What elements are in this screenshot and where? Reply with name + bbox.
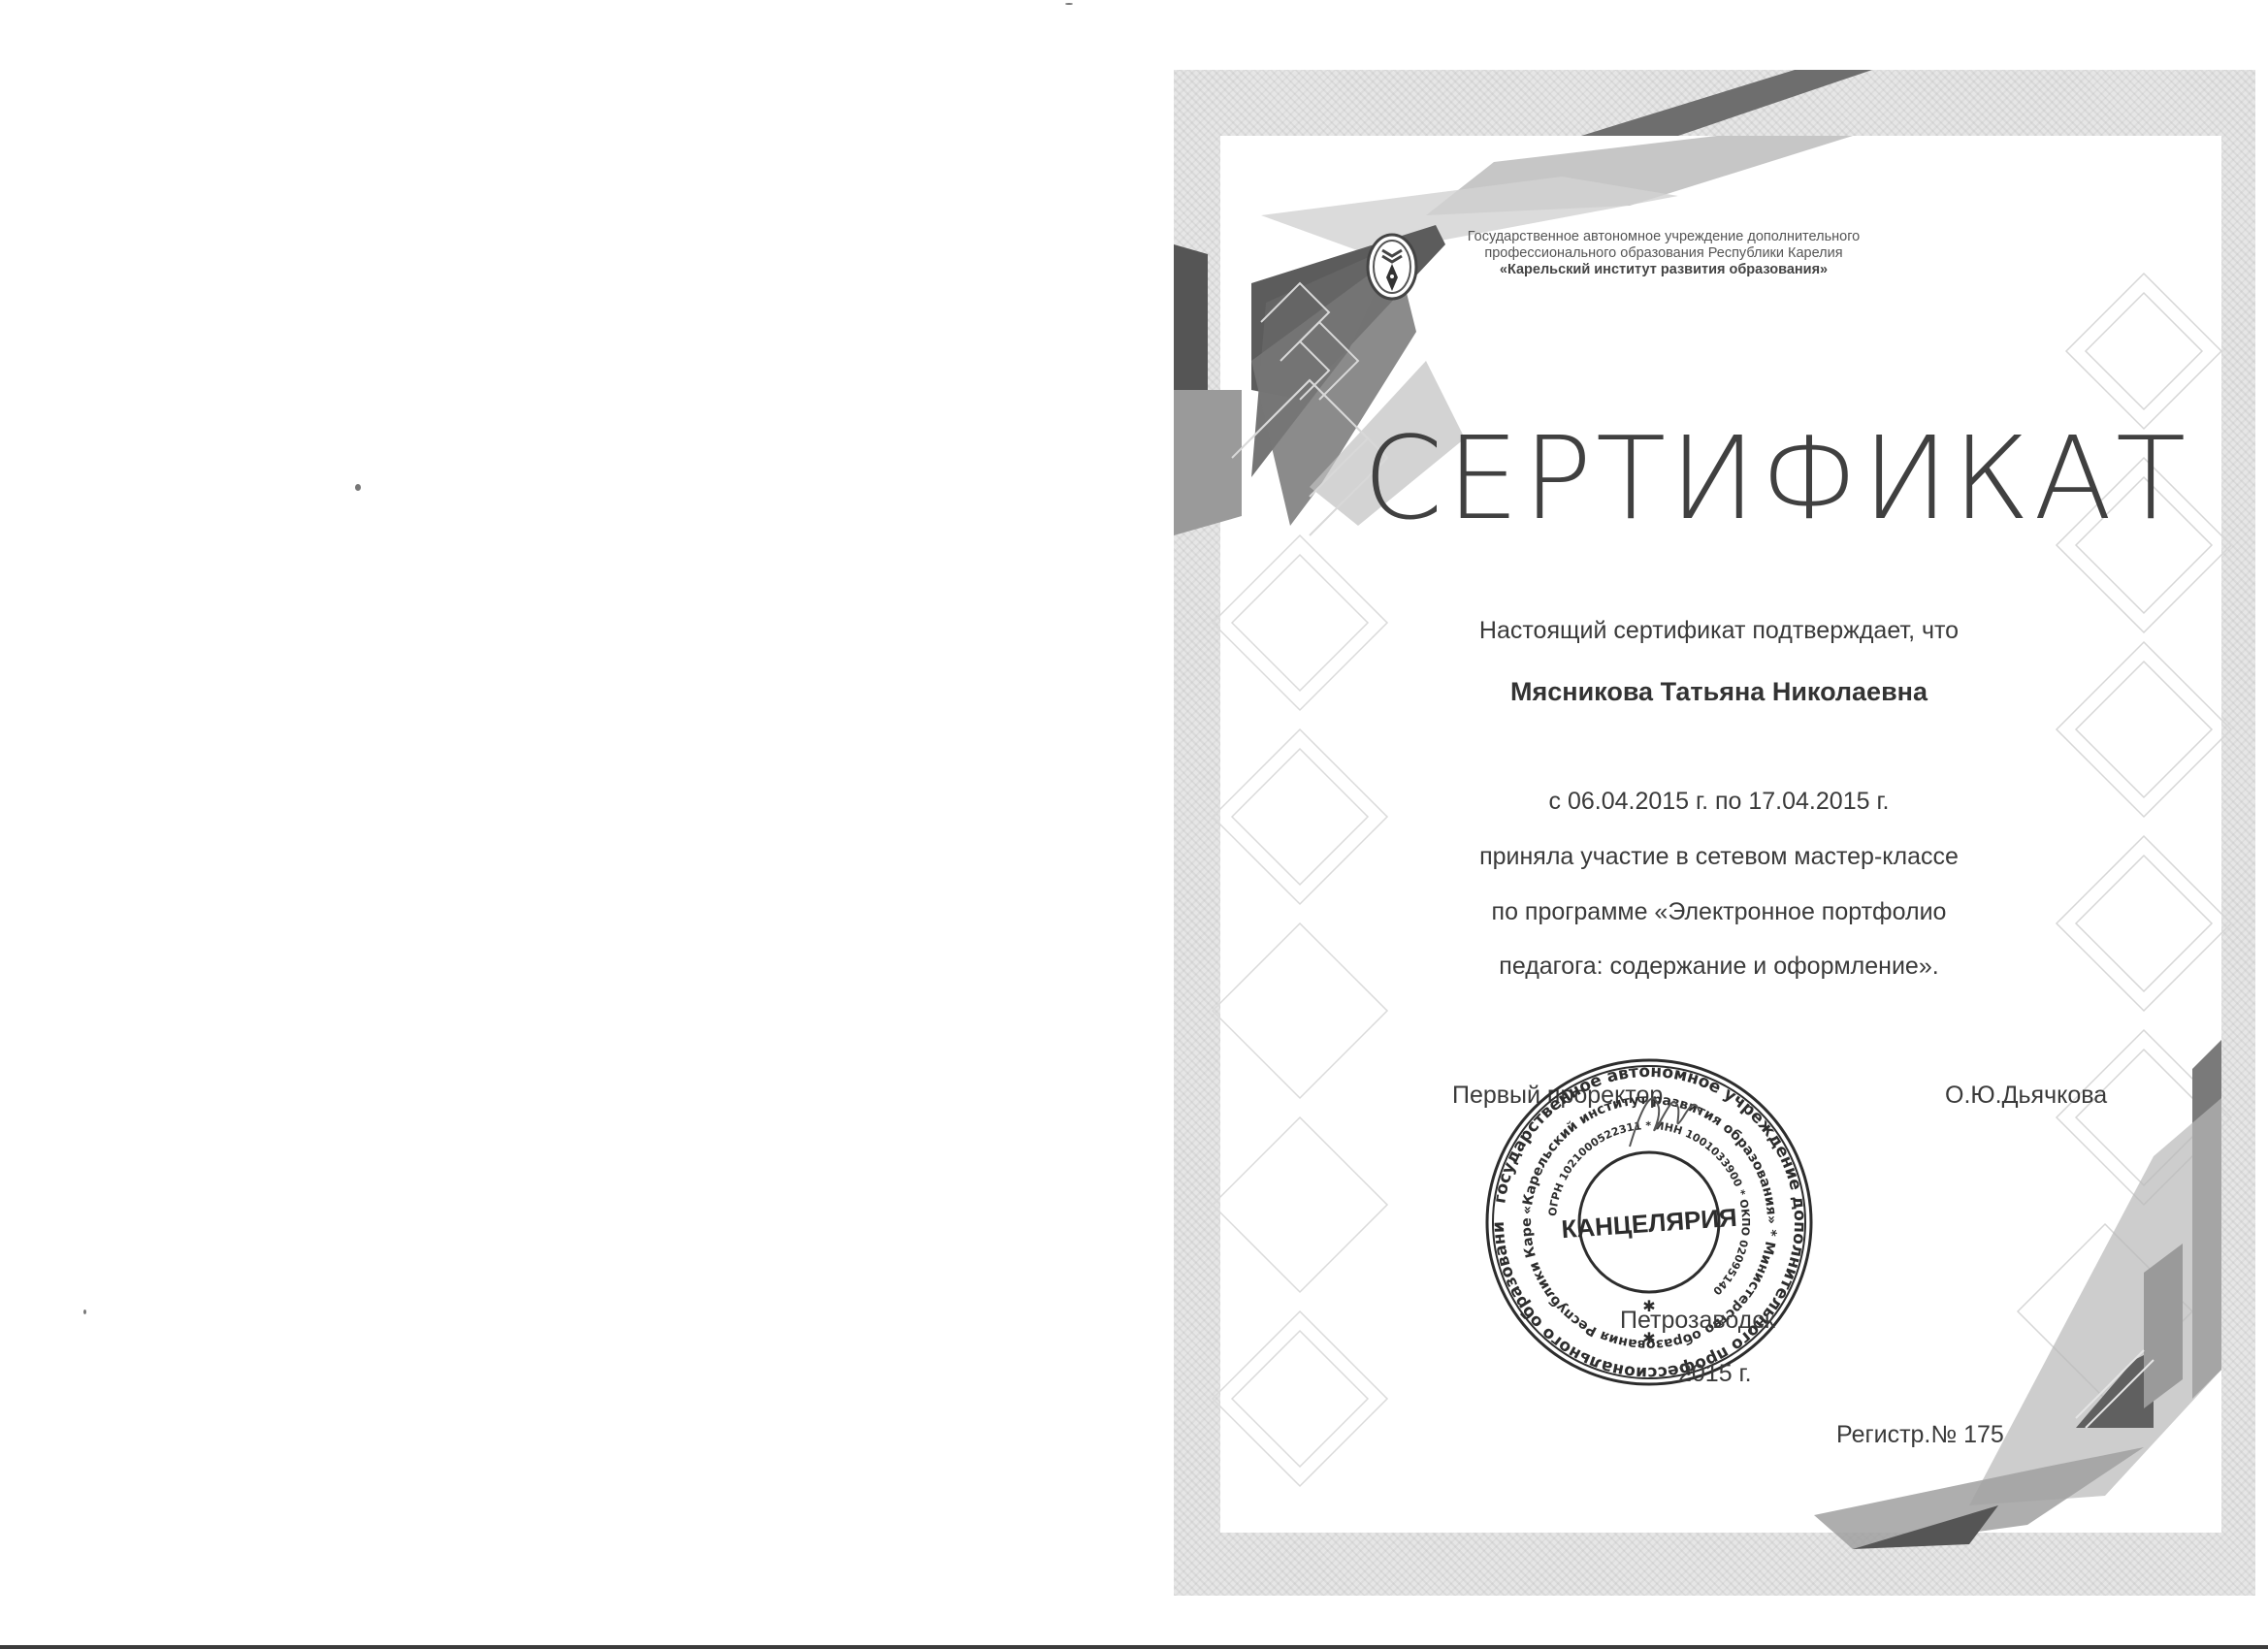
certificate-title: СЕРТИФИКАТ — [1363, 421, 2100, 535]
certificate-page: Государственное автономное учреждение до… — [1174, 70, 2255, 1596]
institution-line-2: профессионального образования Республики… — [1392, 245, 1935, 262]
period-text: с 06.04.2015 г. по 17.04.2015 г. — [1339, 788, 2099, 816]
institution-line-1: Государственное автономное учреждение до… — [1392, 229, 1935, 245]
scan-speck — [355, 484, 361, 491]
registration-number: Регистр.№ 175 — [1836, 1421, 2004, 1449]
confirm-text: Настоящий сертификат подтверждает, что — [1339, 617, 2099, 645]
recipient-name: Мясникова Татьяна Николаевна — [1339, 677, 2099, 707]
institution-header: Государственное автономное учреждение до… — [1392, 229, 1935, 278]
body-line-1: приняла участие в сетевом мастер-классе — [1339, 843, 2099, 871]
scan-edge-bar — [0, 1645, 2268, 1649]
year-text: 2015 г. — [1678, 1360, 1752, 1388]
body-line-3: педагога: содержание и оформление». — [1339, 953, 2099, 981]
city-text: Петрозаводск — [1620, 1307, 1775, 1335]
body-line-2: по программе «Электронное портфолио — [1339, 898, 2099, 926]
handwritten-signature — [1620, 1079, 1707, 1156]
stamp-center-text: КАНЦЕЛЯРИЯ — [1561, 1203, 1738, 1245]
scan-speck — [1065, 3, 1073, 5]
signatory-name: О.Ю.Дьячкова — [1945, 1082, 2107, 1110]
scan-speck — [83, 1309, 86, 1314]
institution-line-3: «Карельский институт развития образовани… — [1392, 262, 1935, 278]
